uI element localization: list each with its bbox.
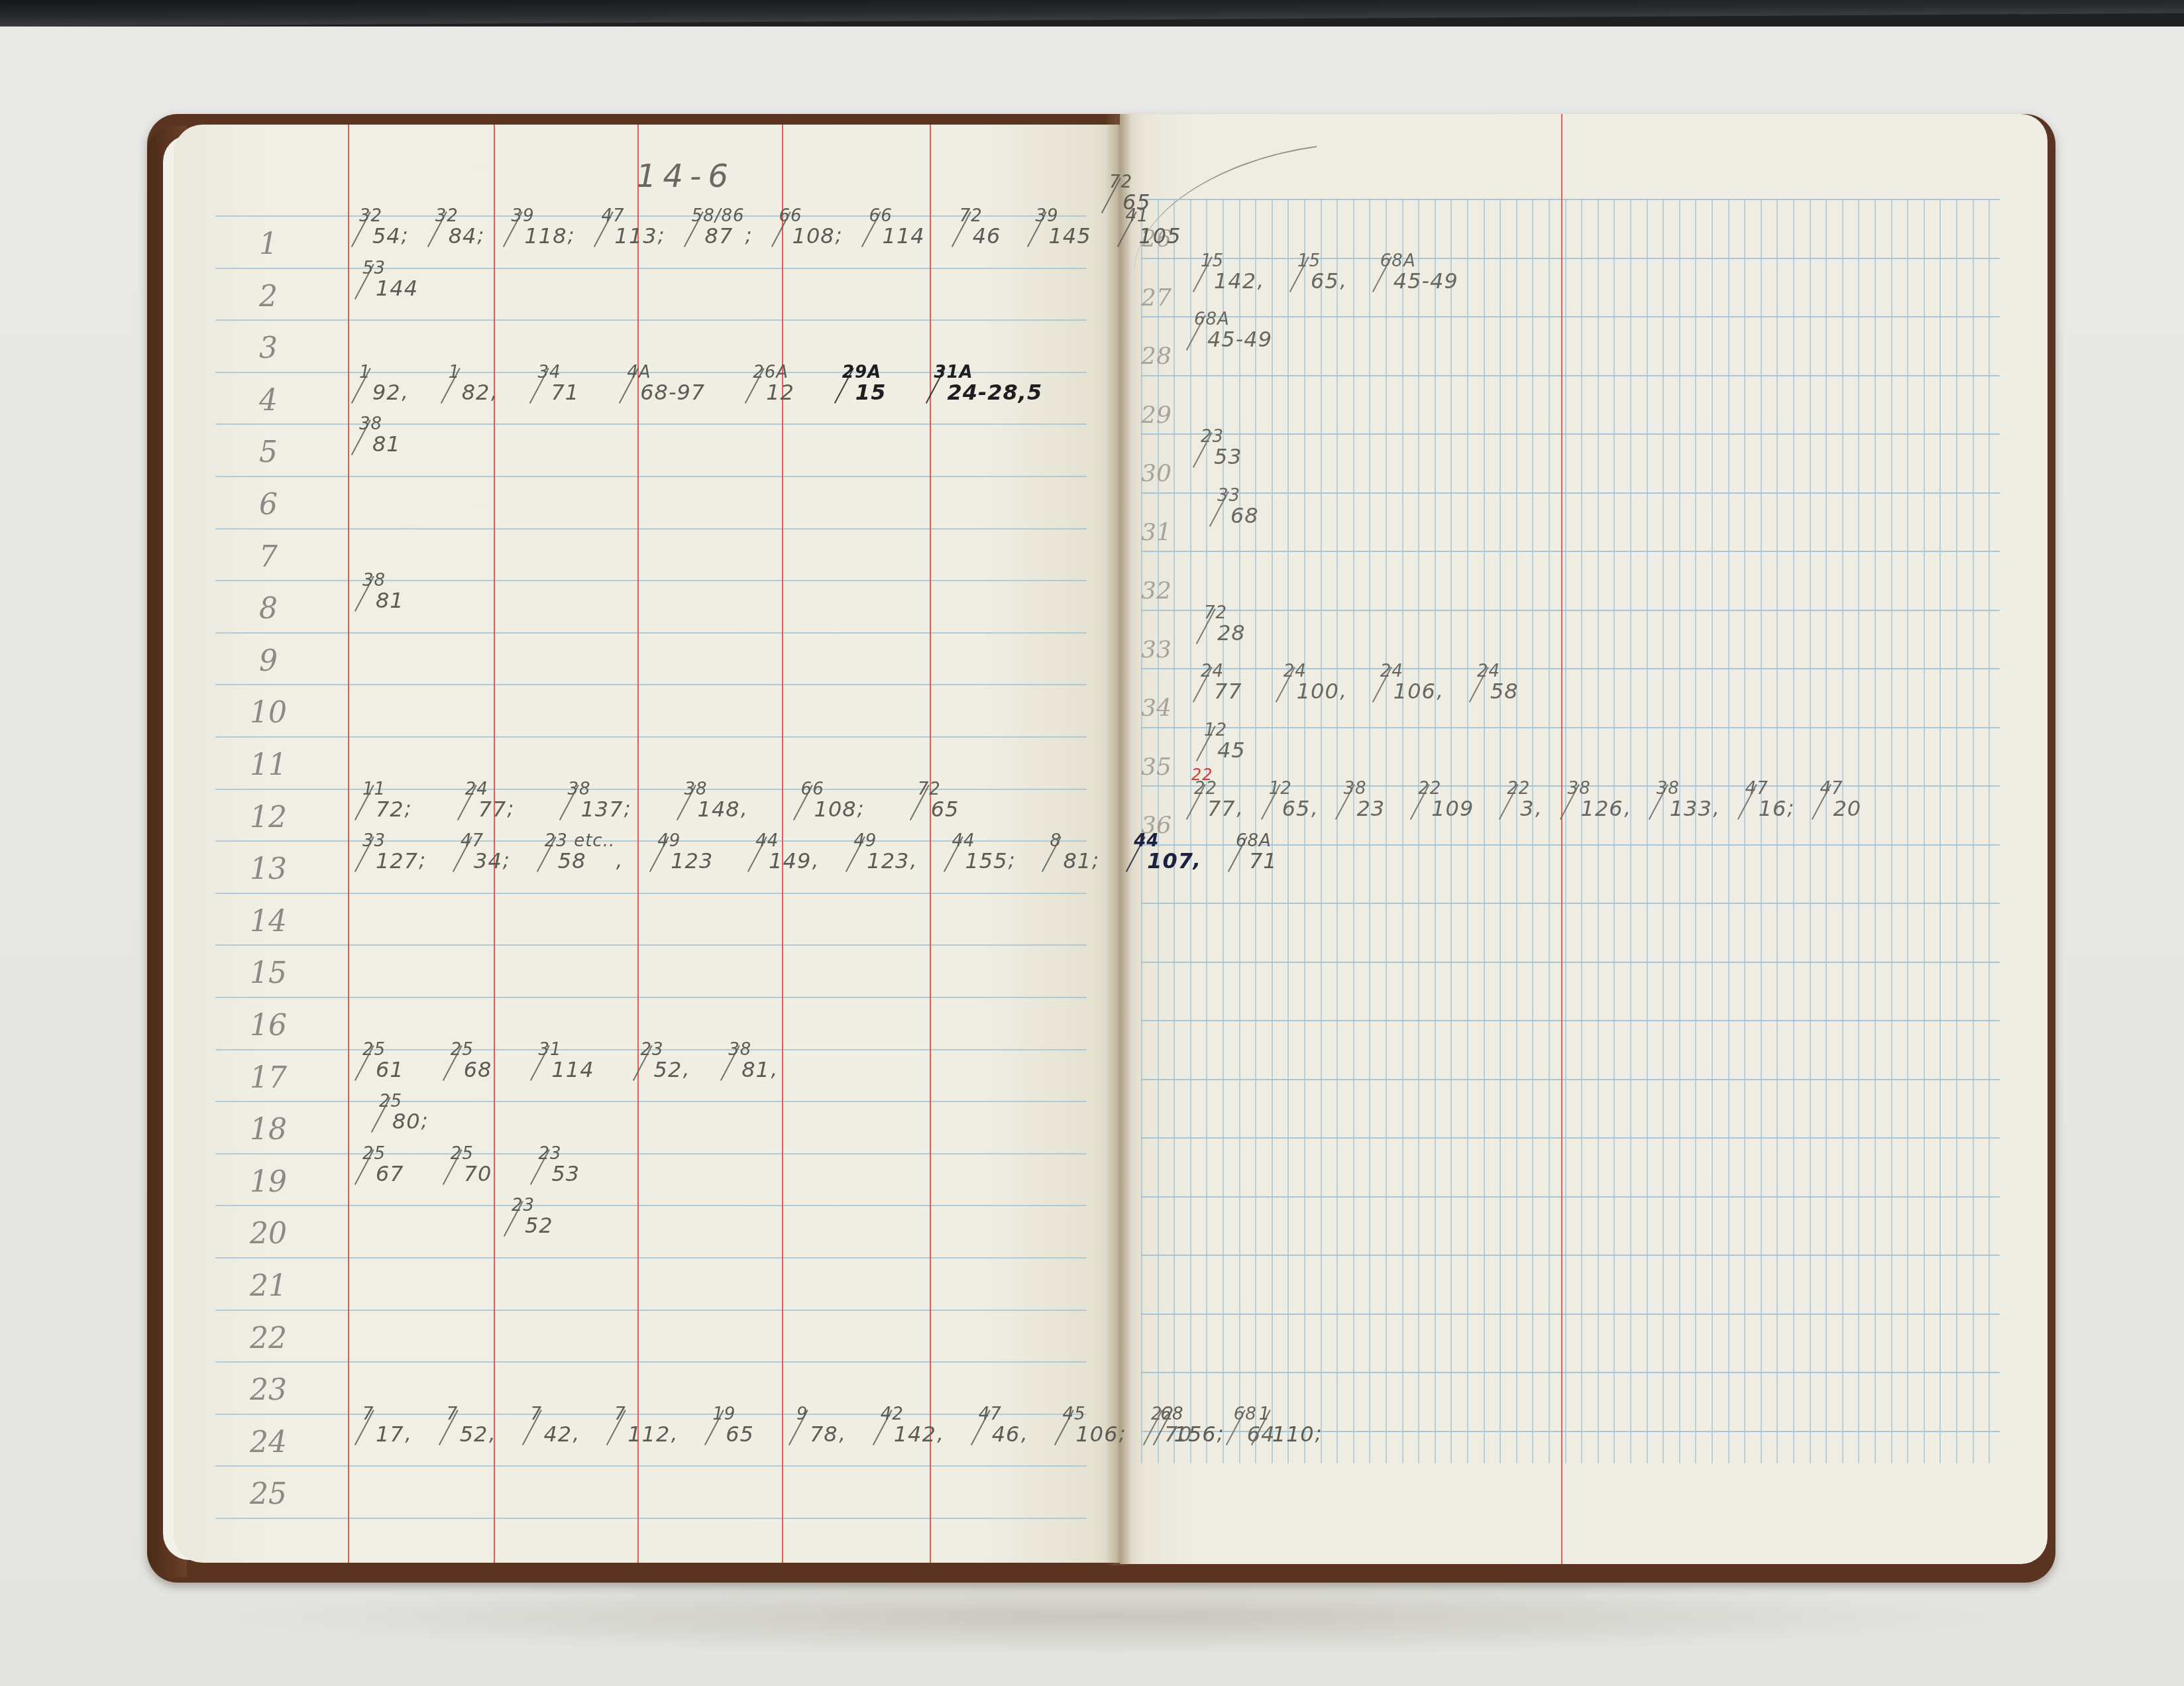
entry-separator: ; [405,797,412,820]
fraction-entry: 2567 [361,1145,404,1185]
fraction-denominator: 114 [883,225,925,247]
fraction-denominator: 123 [867,850,909,872]
grid-column-line [1484,199,1485,1463]
entry-separator: , [771,1058,778,1081]
fraction-entry: 2477 [1199,663,1242,702]
row-number: 18 [239,1113,298,1147]
grid-column-line [1826,199,1827,1463]
fraction-denominator: 87 [705,225,745,247]
fraction-entry: 2570 [449,1145,492,1185]
grid-column-line [1924,199,1925,1463]
grid-column-line [1695,199,1696,1463]
fraction-entry: 2568 [449,1041,492,1081]
left-row-4-entries: 192,182,34714A68-9726A1229A1531A24-28,5 [358,364,1089,404]
grid-column-line [1858,199,1859,1463]
grid-column-line [1744,199,1745,1463]
row-number: 2 [239,280,298,313]
ruled-line [215,1257,1087,1259]
entry-separator: ; [421,1109,429,1133]
fraction-denominator: 52 [654,1058,682,1081]
fraction-entry: 2580; [378,1093,421,1133]
grid-column-line [1728,199,1729,1463]
ruled-line [215,944,1087,946]
fraction-denominator: 46 [973,225,1001,247]
ruled-line [215,1518,1087,1519]
left-row-8-entries: 3881 [361,572,437,612]
grid-row-line [1141,1372,2000,1373]
grid-column-line [1287,199,1289,1463]
row-number: 8 [239,592,298,626]
fraction-entry: 39145 [1034,207,1091,247]
grid-column-line [1939,199,1941,1463]
entry-separator: ; [503,849,510,872]
notebook-shadow [166,1577,2054,1657]
fraction-entry: 1565, [1296,253,1339,292]
grid-column-line [1206,199,1207,1463]
scanner-frame-edge [0,0,2184,27]
grid-row-line [1141,1314,2000,1315]
fraction-entry: 223, [1505,780,1534,820]
entry-separator: , [1193,849,1201,872]
fraction-denominator: 53 [551,1162,580,1185]
row-number: 19 [239,1165,298,1199]
grid-column-line [1776,199,1778,1463]
entry-separator: , [616,849,624,872]
fraction-entry: 3881 [358,416,401,455]
fraction-entry: 22109 [1417,780,1474,820]
grid-row-line [1141,1020,2000,1021]
row-number: 32 [1141,577,1181,604]
fraction-entry: 44155; [950,832,1007,872]
fraction-entry: 68A71 [1234,832,1278,872]
fraction-entry: 2270 [1150,1406,1193,1445]
grid-column-line [1581,199,1582,1463]
ruled-line [215,528,1087,530]
right-row-36-entries: 2277,221265,382322109223,38126,38133,471… [1193,780,1893,820]
row-number: 20 [239,1217,298,1251]
fraction-entry: 66114 [868,207,925,247]
fraction-numerator: 4A [627,364,705,381]
fraction-entry: 2477; [464,781,507,820]
fraction-denominator: 127 [376,850,418,872]
fraction-denominator: 52 [460,1423,488,1445]
ruled-line [215,268,1087,269]
fraction-entry: 38133, [1655,780,1712,820]
fraction-denominator: 133 [1670,797,1712,820]
entry-separator: , [1340,679,1347,702]
entry-separator: , [1713,797,1720,820]
fraction-entry: 3284; [434,207,477,247]
fraction-denominator: 70 [464,1162,492,1185]
fraction-denominator: 107 [1147,850,1193,872]
entry-separator: , [910,849,918,872]
grid-column-line [1956,199,1957,1463]
right-row-35-entries: 1245 [1203,722,1285,761]
fraction-entry: 4734; [459,832,502,872]
fraction-numerator: 8 [1050,832,1091,850]
entry-separator: ; [745,224,752,247]
red-margin-line [1561,114,1562,1564]
fraction-denominator: 78 [810,1423,838,1445]
fraction-denominator: 77 [1214,680,1242,702]
fraction-entry: 4A68-97 [626,364,705,404]
entry-separator: ; [1008,849,1015,872]
fraction-denominator: 65 [1122,191,1151,213]
page-header-note: 14-6 [636,158,735,195]
row-number: 5 [239,435,298,469]
entry-separator: ; [477,224,484,247]
fraction-denominator: 53 [1214,445,1242,468]
entry-separator: , [402,380,409,404]
fraction-entry: 24106, [1379,663,1436,702]
grid-column-line [1435,199,1436,1463]
row-number: 28 [1141,343,1181,370]
fraction-entry: 3471 [536,364,579,404]
fraction-entry: 7246 [958,207,1001,247]
fraction-denominator: 82 [462,381,490,404]
fraction-entry: 24100, [1282,663,1339,702]
fraction-entry: 3254; [358,207,401,247]
grid-row-line [1141,962,2000,963]
grid-column-line [1223,199,1224,1463]
fraction-denominator: 65 [1311,270,1339,292]
fraction-denominator: 61 [376,1058,404,1081]
entry-separator: , [1236,797,1244,820]
left-row-19-entries: 256725702353 [361,1145,625,1185]
fraction-entry: 717, [361,1406,404,1445]
entry-separator: ; [624,797,631,820]
row-number: 34 [1141,695,1181,722]
left-row-13-entries: 33127;4734;23 etc..58,4912344149,49123,4… [361,832,1319,872]
fraction-entry: 66108; [800,781,857,820]
grid-row-line [1141,1137,2000,1139]
row-number: 6 [239,488,298,522]
fraction-denominator: 42 [543,1423,572,1445]
grid-column-line [1907,199,1908,1463]
entry-separator: , [1311,797,1319,820]
fraction-denominator: 46 [992,1423,1020,1445]
grid-column-line [1565,199,1566,1463]
fraction-denominator: 72 [376,798,404,820]
row-number: 22 [239,1321,298,1355]
fraction-denominator: 24-28,5 [947,381,1042,404]
fraction-entry: 752, [445,1406,488,1445]
red-correction-mark: 22 [1191,765,1213,784]
grid-column-line [1516,199,1517,1463]
entry-separator: , [1624,797,1631,820]
fraction-entry: 2277,22 [1193,780,1236,820]
entry-separator: , [1437,679,1444,702]
fraction-entry: 2353 [1199,428,1242,468]
fraction-entry: 1965 [711,1406,754,1445]
fraction-numerator: 29A [842,364,887,381]
left-row-17-entries: 25612568311142352,3881, [361,1041,815,1081]
grid-column-line [1190,199,1191,1463]
grid-column-line [1532,199,1533,1463]
fraction-denominator: 155 [965,850,1007,872]
ruled-line [215,1153,1087,1154]
fraction-denominator: 126 [1581,797,1623,820]
fraction-entry: 33127; [361,832,418,872]
fraction-denominator: 137 [580,798,623,820]
fraction-entry: 3881, [727,1041,770,1081]
row-number: 27 [1141,284,1181,311]
fraction-denominator: 17 [376,1423,404,1445]
fraction-denominator: 108 [792,225,835,247]
grid-column-line [1549,199,1550,1463]
grid-row-line [1141,903,2000,904]
fraction-denominator: 16 [1759,797,1787,820]
right-row-24-cont-entries: 22706864 [1150,1406,1315,1445]
fraction-entry: 1245 [1203,722,1246,761]
fraction-denominator: 92 [372,381,401,404]
fraction-entry: 1172; [361,781,404,820]
fraction-denominator: 45-49 [1393,270,1458,292]
row-number: 31 [1141,519,1181,546]
fraction-denominator: 109 [1431,797,1474,820]
fraction-entry: 6864 [1232,1406,1276,1445]
row-number: 30 [1141,460,1181,487]
fraction-denominator: 118 [524,225,567,247]
fraction-numerator: 23 [538,1145,580,1162]
fraction-denominator: 100 [1297,680,1339,702]
fraction-entry: 68A45-49 [1193,311,1272,351]
fraction-numerator: 68A [1194,311,1272,328]
fraction-denominator: 45 [1217,739,1246,761]
fraction-denominator: 84 [449,225,477,247]
fraction-entry: 2458 [1476,663,1519,702]
fraction-entry: 7228 [1203,604,1246,644]
fraction-entry: 66108; [778,207,835,247]
entry-separator: , [683,1058,690,1081]
entry-separator: ; [1092,849,1099,872]
ruled-line [215,632,1087,634]
fraction-entry: 7265 [1108,174,1151,213]
fraction-entry: 2352, [639,1041,682,1081]
grid-column-line [1353,199,1354,1463]
fraction-denominator: 123 [671,850,713,872]
fraction-denominator: 142 [1214,270,1256,292]
right-row-27-entries: 15142,1565,68A45-49 [1199,253,1498,292]
entry-separator: , [839,1422,846,1445]
grid-row-line [1141,551,2000,552]
fraction-denominator: 77 [478,798,507,820]
fraction-entry: 2352 [510,1197,553,1237]
grid-column-line [1321,199,1322,1463]
row-number: 29 [1141,402,1181,429]
fraction-entry: 1265, [1268,780,1311,820]
fraction-entry: 3823 [1342,780,1385,820]
fraction-entry: 978, [795,1406,838,1445]
entry-separator: ; [419,849,426,872]
entry-separator: ; [402,224,409,247]
row-number: 11 [239,748,298,782]
carry-over-note: 7265 [1108,174,1160,213]
fraction-entry: 7265 [916,781,959,820]
fraction-denominator: 12 [766,381,794,404]
fraction-denominator: 34 [474,850,502,872]
right-row-30-entries: 2353 [1199,428,1282,468]
fraction-denominator: 15 [855,381,887,404]
fraction-denominator: 77 [1207,797,1236,820]
entry-separator: ; [1787,797,1794,820]
grid-column-line [1630,199,1631,1463]
row-number: 1 [239,227,298,261]
fraction-entry: 31114 [537,1041,594,1081]
fraction-entry: 15142, [1199,253,1256,292]
entry-separator: , [489,1422,496,1445]
ruled-line [215,1101,1087,1102]
fraction-denominator: 64 [1247,1423,1276,1445]
row-number: 7 [239,540,298,574]
entry-separator: , [1021,1422,1028,1445]
row-number: 23 [239,1373,298,1407]
fraction-denominator: 68-97 [640,381,705,404]
ruled-line [215,893,1087,894]
fraction-denominator: 81 [1063,850,1091,872]
fraction-entry: 44149, [754,832,811,872]
entry-separator: ; [1119,1422,1126,1445]
fraction-denominator: 113 [615,225,657,247]
fraction-entry: 49123 [656,832,713,872]
fraction-denominator: 65 [1282,797,1311,820]
fraction-denominator: 148 [698,798,740,820]
row-number: 33 [1141,636,1181,663]
row-number: 17 [239,1061,298,1095]
right-row-28-entries: 68A45-49 [1193,311,1312,351]
fraction-entry: 23 etc..58, [543,832,615,872]
scanner-frame-bar [0,0,2184,27]
fraction-numerator: 7 [530,1406,572,1423]
fraction-denominator: 80 [392,1110,421,1133]
entry-separator: ; [507,797,514,820]
grid-column-line [1337,199,1338,1463]
grid-column-line [1613,199,1615,1463]
fraction-entry: 2561 [361,1041,404,1081]
entry-separator: , [1258,269,1265,292]
grid-column-line [1712,199,1713,1463]
left-row-1-entries: 3254;3284;39118;47113;58/8687;66108;6611… [358,207,1215,247]
left-row-2-entries: 53144 [361,260,451,300]
fraction-entry: 4720 [1818,780,1861,820]
fraction-denominator: 81 [376,589,404,612]
grid-column-line [1891,199,1892,1463]
grid-column-line [1450,199,1452,1463]
fraction-entry: 7112, [613,1406,670,1445]
grid-column-line [1304,199,1305,1463]
fraction-entry: 3881 [361,572,404,612]
fraction-entry: 39118; [510,207,567,247]
fraction-denominator: 81 [741,1058,770,1081]
fraction-entry: 42142, [879,1406,936,1445]
grid-column-line [1272,199,1273,1463]
fraction-denominator: 65 [931,798,959,820]
row-number: 10 [239,696,298,730]
grid-column-line [1989,199,1990,1463]
grid-row-line [1141,199,2000,200]
ruled-line [215,580,1087,581]
right-row-34-entries: 247724100,24106,2458 [1199,663,1558,702]
fraction-denominator: 58 [558,850,615,872]
entry-separator: , [405,1422,412,1445]
fraction-denominator: 112 [628,1423,670,1445]
red-column-line [348,125,349,1563]
row-number: 21 [239,1269,298,1303]
fraction-denominator: 68 [464,1058,492,1081]
fraction-entry: 49123, [852,832,909,872]
grid-column-line [1647,199,1648,1463]
fraction-entry: 53144 [361,260,418,300]
ruled-line [215,1465,1087,1467]
left-row-20-entries: 2352 [510,1197,586,1237]
entry-separator: , [741,797,748,820]
fraction-denominator: 105 [1138,225,1181,247]
row-number: 3 [239,331,298,365]
ruled-line [215,423,1087,425]
ruled-line [215,1310,1087,1311]
fraction-entry: 68A45-49 [1379,253,1458,292]
grid-column-line [1663,199,1664,1463]
fraction-denominator: 65 [726,1423,754,1445]
row-number: 24 [239,1426,298,1459]
ruled-line [215,997,1087,998]
ruled-line [215,476,1087,477]
grid-column-line [1842,199,1843,1463]
fraction-entry: 38126, [1566,780,1623,820]
ruled-line [215,1205,1087,1206]
fraction-entry: 742, [529,1406,572,1445]
fraction-denominator: 52 [525,1214,553,1237]
row-number: 4 [239,384,298,418]
grid-column-line [1875,199,1876,1463]
entry-separator: , [1340,269,1347,292]
fraction-entry: 3368 [1216,487,1259,527]
grid-column-line [1386,199,1387,1463]
grid-column-line [1418,199,1419,1463]
fraction-denominator: 108 [814,798,857,820]
grid-row-line [1141,375,2000,376]
grid-column-line [1500,199,1501,1463]
entry-separator: , [937,1422,944,1445]
grid-column-line [1679,199,1680,1463]
row-number: 16 [239,1009,298,1042]
grid-column-line [1973,199,1974,1463]
fraction-denominator: 45-49 [1207,328,1272,351]
fraction-entry: 4746, [977,1406,1020,1445]
left-row-5-entries: 3881 [358,416,434,455]
fraction-denominator: 145 [1048,225,1091,247]
fraction-entry: 2353 [537,1145,580,1185]
grid-row-line [1141,1255,2000,1256]
entry-separator: ; [836,224,843,247]
fraction-denominator: 106 [1393,680,1436,702]
grid-row-line [1141,1196,2000,1198]
fraction-entry: 47113; [600,207,657,247]
row-number: 9 [239,644,298,678]
fraction-entry: 58/8687; [690,207,745,247]
fraction-denominator: 20 [1833,797,1861,820]
fraction-denominator: 106 [1075,1423,1118,1445]
entry-separator: , [491,380,498,404]
fraction-entry: 182, [447,364,490,404]
grid-column-line [1793,199,1794,1463]
fraction-denominator: 81 [372,433,401,455]
fraction-entry: 44107, [1132,832,1193,872]
fraction-denominator: 142 [894,1423,936,1445]
left-row-18-entries: 2580; [378,1093,454,1133]
fraction-denominator: 71 [551,381,579,404]
entry-separator: , [671,1422,679,1445]
